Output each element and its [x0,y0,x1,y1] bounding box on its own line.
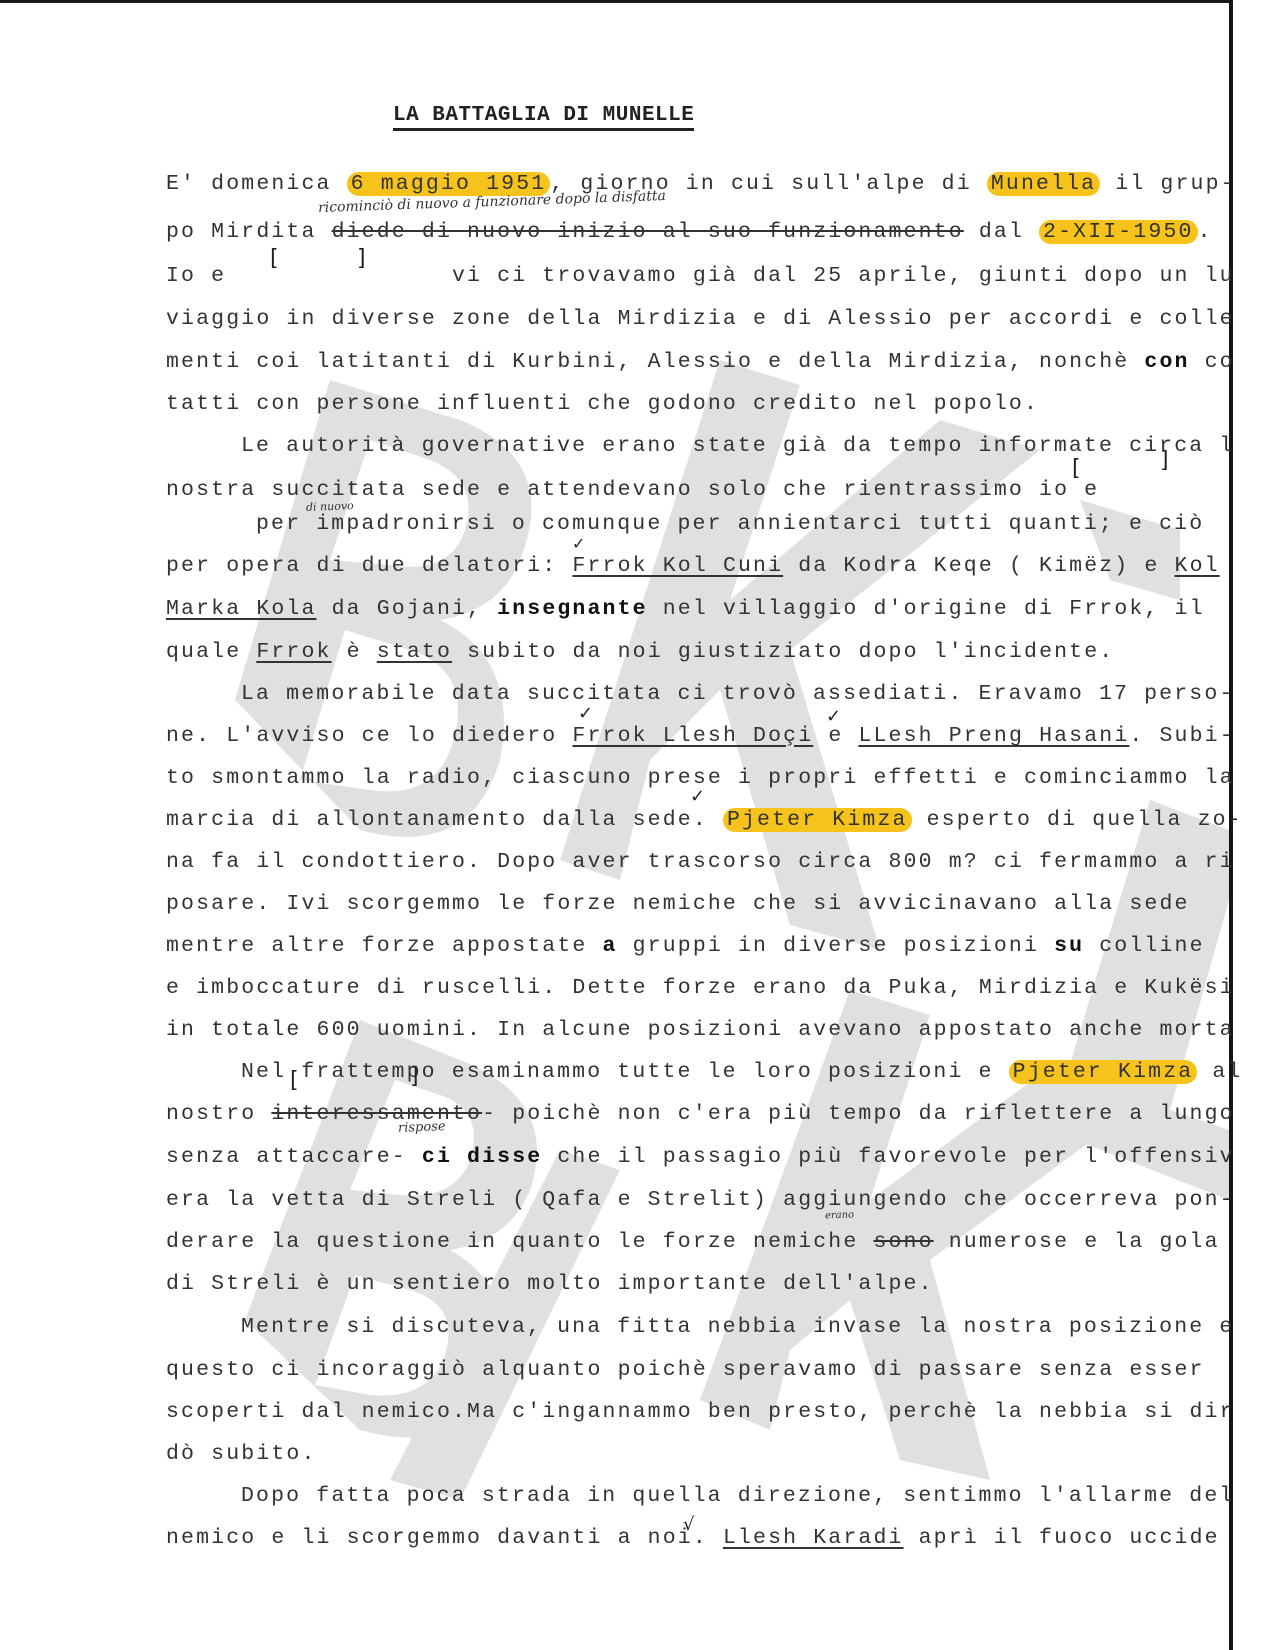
text-line: Io e vi ci trovavamo già dal 25 aprile, … [166,262,1235,290]
text-line: mentre altre forze appostate a gruppi in… [166,932,1205,960]
bracket-mark: ] [1160,450,1169,472]
checkmark-icon: ✓ [690,786,705,808]
text-line: derare la questione in quanto le forze n… [166,1228,1220,1256]
text-segment: in totale 600 uomini. In alcune posizion… [166,1018,1235,1042]
text-segment: dal [964,220,1039,244]
underlined-text: Frrok [256,640,331,664]
text-segment: nostro [166,1102,271,1126]
text-line: dò subito. [166,1440,317,1468]
checkmark-icon: ✓ [572,533,585,555]
text-segment: E' domenica [166,172,347,196]
text-segment: al [1197,1060,1242,1084]
text-line: era la vetta di Streli ( Qafa e Strelit)… [166,1186,1235,1214]
underlined-text: Llesh Karadi [723,1526,904,1550]
text-segment: marcia di allontanamento dalla sede. [166,808,723,832]
text-segment: Io e vi ci trovavamo già dal 25 aprile, … [166,264,1235,288]
text-segment: . Subi- [1129,724,1234,748]
handwritten-note: di nuovo [306,499,354,514]
text-line: E' domenica 6 maggio 1951, giorno in cui… [166,170,1236,198]
text-segment: na fa il condottiero. Dopo aver trascors… [166,850,1235,874]
text-segment: insegnante [497,597,648,621]
text-segment: viaggio in diverse zone della Mirdizia e… [166,307,1235,331]
bracket-mark: [ [290,1070,299,1092]
struck-text: interessamento [271,1102,482,1126]
text-segment: menti coi latitanti di Kurbini, Alessio … [166,350,1144,374]
text-segment: colline [1084,934,1204,958]
document-title: LA BATTAGLIA DI MUNELLE [393,104,694,131]
text-segment: senza attaccare- [166,1145,422,1169]
bracket-mark: [ [270,248,279,270]
struck-text: sono [873,1230,933,1254]
handwritten-note: erano [825,1209,854,1221]
text-line: La memorabile data succitata ci trovò as… [241,680,1234,708]
text-segment: Mentre si discuteva, una fitta nebbia in… [241,1315,1234,1339]
text-line: Nel frattempo esaminammo tutte le loro p… [241,1058,1242,1086]
text-segment: Nel frattempo esaminammo tutte le loro p… [241,1060,1009,1084]
text-line: menti coi latitanti di Kurbini, Alessio … [166,348,1235,376]
text-segment: è [332,640,377,664]
underlined-text: Marka Kola [166,597,317,621]
text-segment: gruppi in diverse posizioni [618,934,1055,958]
text-line: e imboccature di ruscelli. Dette forze e… [166,974,1235,1002]
text-segment: a [603,934,618,958]
text-segment: po Mirdita [166,220,332,244]
text-segment: dò subito. [166,1442,317,1466]
checkmark-icon: ✓ [578,703,593,725]
text-segment: tatti con persone influenti che godono c… [166,392,1039,416]
text-line: ne. L'avviso ce lo diedero Frrok Llesh D… [166,722,1235,750]
text-segment: numerose e la gola [934,1230,1220,1254]
checkmark-icon: √ [683,1514,694,1536]
text-segment: mentre altre forze appostate [166,934,603,958]
highlighted-text: Munella [987,172,1100,196]
underlined-text: LLesh Preng Hasani [858,724,1129,748]
highlighted-text: Pjeter Kimza [723,808,912,832]
text-segment: nemico e li scorgemmo davanti a noi. [166,1526,723,1550]
text-segment: scoperti dal nemico.Ma c'ingannammo ben … [166,1400,1235,1424]
document-page: LA BATTAGLIA DI MUNELLE E' domenica 6 ma… [0,0,1279,1650]
text-line: Dopo fatta poca strada in quella direzio… [241,1482,1234,1510]
text-segment: con [1144,350,1189,374]
text-segment: nostra succitata sede e attendevano solo… [166,478,1099,502]
bracket-mark: ] [357,248,366,270]
underlined-text: stato [377,640,452,664]
text-line: in totale 600 uomini. In alcune posizion… [166,1016,1235,1044]
struck-text: diede di nuovo inizio al suo funzionamen… [332,220,964,244]
text-segment: - poichè non c'era più tempo da riflette… [482,1102,1235,1126]
text-segment: il grup- [1100,172,1235,196]
text-segment: di Streli è un sentiero molto importante… [166,1272,934,1296]
text-segment: da Gojani, [317,597,498,621]
text-line: di Streli è un sentiero molto importante… [166,1270,934,1298]
text-segment: Le autorità governative erano state già … [241,434,1234,458]
text-line: per impadronirsi o comunque per annienta… [256,510,1204,538]
text-segment: subito da noi giustiziato dopo l'inciden… [452,640,1114,664]
text-line: Marka Kola da Gojani, insegnante nel vil… [166,595,1205,623]
text-line: Le autorità governative erano state già … [241,432,1234,460]
handwritten-note: rispose [398,1119,446,1136]
text-line: senza attaccare- ci disse che il passagi… [166,1143,1235,1171]
checkmark-icon: ✓ [826,706,841,728]
text-line: quale Frrok è stato subito da noi giusti… [166,638,1114,666]
bracket-mark: ] [410,1066,419,1088]
text-segment: esperto di quella zo- [912,808,1243,832]
text-segment: che il passagio più favorevole per l'off… [542,1145,1234,1169]
text-segment: e imboccature di ruscelli. Dette forze e… [166,976,1235,1000]
underlined-text: Frrok Llesh Doçi [572,724,813,748]
underlined-text: Kol [1175,554,1220,578]
text-line: Mentre si discuteva, una fitta nebbia in… [241,1313,1234,1341]
text-line: scoperti dal nemico.Ma c'ingannammo ben … [166,1398,1235,1426]
text-line: marcia di allontanamento dalla sede. Pje… [166,806,1243,834]
text-segment: per opera di due delatori: [166,554,572,578]
text-segment: nel villaggio d'origine di Frrok, il [648,597,1205,621]
bracket-mark: [ [1072,458,1081,480]
text-line: nostro interessamento- poichè non c'era … [166,1100,1235,1128]
text-segment: ne. L'avviso ce lo diedero [166,724,572,748]
text-segment: . [1198,220,1213,244]
text-line: viaggio in diverse zone della Mirdizia e… [166,305,1235,333]
text-segment: Dopo fatta poca strada in quella direzio… [241,1484,1234,1508]
text-segment: derare la questione in quanto le forze n… [166,1230,873,1254]
text-segment: posare. Ivi scorgemmo le forze nemiche c… [166,892,1190,916]
text-line: posare. Ivi scorgemmo le forze nemiche c… [166,890,1190,918]
text-line: per opera di due delatori: Frrok Kol Cun… [166,552,1220,580]
text-segment: ci disse [422,1145,542,1169]
text-segment: su [1054,934,1084,958]
text-segment: aprì il fuoco uccide [904,1526,1220,1550]
text-segment: per impadronirsi o comunque per annienta… [256,512,1204,536]
text-segment: questo ci incoraggiò alquanto poichè spe… [166,1358,1205,1382]
text-segment: era la vetta di Streli ( Qafa e Strelit)… [166,1188,1235,1212]
text-line: po Mirdita diede di nuovo inizio al suo … [166,218,1213,246]
text-line: tatti con persone influenti che godono c… [166,390,1039,418]
text-line: questo ci incoraggiò alquanto poichè spe… [166,1356,1205,1384]
highlighted-text: 2-XII-1950 [1039,220,1198,244]
scan-top-border [0,0,1279,3]
highlighted-text: Pjeter Kimza [1009,1060,1198,1084]
text-segment: co [1190,350,1235,374]
text-line: na fa il condottiero. Dopo aver trascors… [166,848,1235,876]
text-segment: da Kodra Keqe ( Kimëz) e [783,554,1174,578]
text-segment: quale [166,640,256,664]
underlined-text: Frrok Kol Cuni [572,554,783,578]
text-segment: La memorabile data succitata ci trovò as… [241,682,1234,706]
